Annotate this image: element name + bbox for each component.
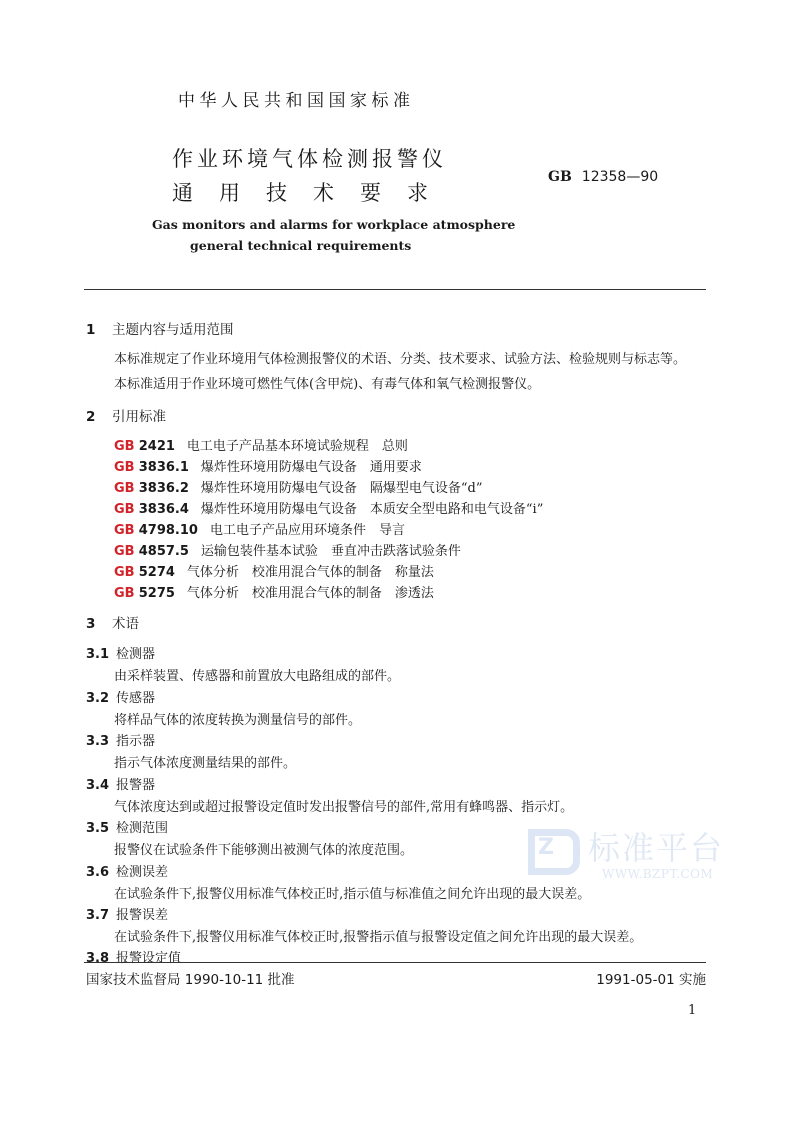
standard-code: 12358—90 <box>582 169 658 185</box>
term-heading: 3.1检测器 <box>86 643 155 662</box>
standard-prefix: GB <box>548 169 572 185</box>
approval-date: 国家技术监督局 1990-10-11 批准 <box>86 968 295 988</box>
term-heading: 3.2传感器 <box>86 687 155 706</box>
term-heading: 3.7报警误差 <box>86 904 168 923</box>
country-standard-label: 中华人民共和国国家标准 <box>178 86 415 111</box>
term-definition: 将样品气体的浓度转换为测量信号的部件。 <box>114 709 361 728</box>
watermark-text: 标准平台 <box>588 823 724 869</box>
reference-item: GB 2421电工电子产品基本环境试验规程 总则 <box>114 435 408 454</box>
section-1-paragraph-1: 本标准规定了作业环境用气体检测报警仪的术语、分类、技术要求、试验方法、检验规则与… <box>114 348 686 367</box>
term-definition: 在试验条件下,报警仪用标准气体校正时,指示值与标准值之间允许出现的最大误差。 <box>114 883 590 902</box>
term-definition: 在试验条件下,报警仪用标准气体校正时,报警指示值与报警设定值之间允许出现的最大误… <box>114 926 642 945</box>
title-en-line2: general technical requirements <box>190 238 411 253</box>
watermark-logo-icon <box>528 829 580 875</box>
footer-divider <box>84 962 706 963</box>
reference-item: GB 4798.10电工电子产品应用环境条件 导言 <box>114 519 405 538</box>
standard-number: GB12358—90 <box>548 169 658 185</box>
reference-item: GB 5275气体分析 校准用混合气体的制备 渗透法 <box>114 582 434 601</box>
term-definition: 指示气体浓度测量结果的部件。 <box>114 752 296 771</box>
title-cn-line1: 作业环境气体检测报警仪 <box>172 143 447 173</box>
watermark: Z 标准平台 WWW.BZPT.COM <box>528 823 728 883</box>
term-heading: 3.6检测误差 <box>86 861 168 880</box>
watermark-url: WWW.BZPT.COM <box>602 867 713 881</box>
section-1-paragraph-2: 本标准适用于作业环境可燃性气体(含甲烷)、有毒气体和氧气检测报警仪。 <box>114 373 540 392</box>
section-2-heading: 2引用标准 <box>86 405 166 425</box>
term-heading: 3.3指示器 <box>86 730 155 749</box>
term-heading: 3.8报警设定值 <box>86 947 181 966</box>
watermark-logo-letter: Z <box>538 835 554 860</box>
term-definition: 报警仪在试验条件下能够测出被测气体的浓度范围。 <box>114 839 413 858</box>
page-number: 1 <box>688 1003 696 1018</box>
reference-item: GB 3836.1爆炸性环境用防爆电气设备 通用要求 <box>114 456 422 475</box>
title-en-line1: Gas monitors and alarms for workplace at… <box>152 217 515 232</box>
term-definition: 由采样装置、传感器和前置放大电路组成的部件。 <box>114 665 400 684</box>
title-cn-line2: 通用技术要求 <box>172 177 454 207</box>
term-definition: 气体浓度达到或超过报警设定值时发出报警信号的部件,常用有蜂鸣器、指示灯。 <box>114 796 573 815</box>
reference-item: GB 3836.2爆炸性环境用防爆电气设备 隔爆型电气设备“d” <box>114 477 483 496</box>
implementation-date: 1991-05-01 实施 <box>596 968 706 988</box>
term-heading: 3.4报警器 <box>86 774 155 793</box>
term-heading: 3.5检测范围 <box>86 817 168 836</box>
reference-item: GB 5274气体分析 校准用混合气体的制备 称量法 <box>114 561 434 580</box>
section-1-heading: 1主题内容与适用范围 <box>86 318 234 338</box>
reference-item: GB 4857.5运输包装件基本试验 垂直冲击跌落试验条件 <box>114 540 461 559</box>
section-3-heading: 3术语 <box>86 612 139 632</box>
header-divider <box>84 289 706 290</box>
reference-item: GB 3836.4爆炸性环境用防爆电气设备 本质安全型电路和电气设备“i” <box>114 498 543 517</box>
